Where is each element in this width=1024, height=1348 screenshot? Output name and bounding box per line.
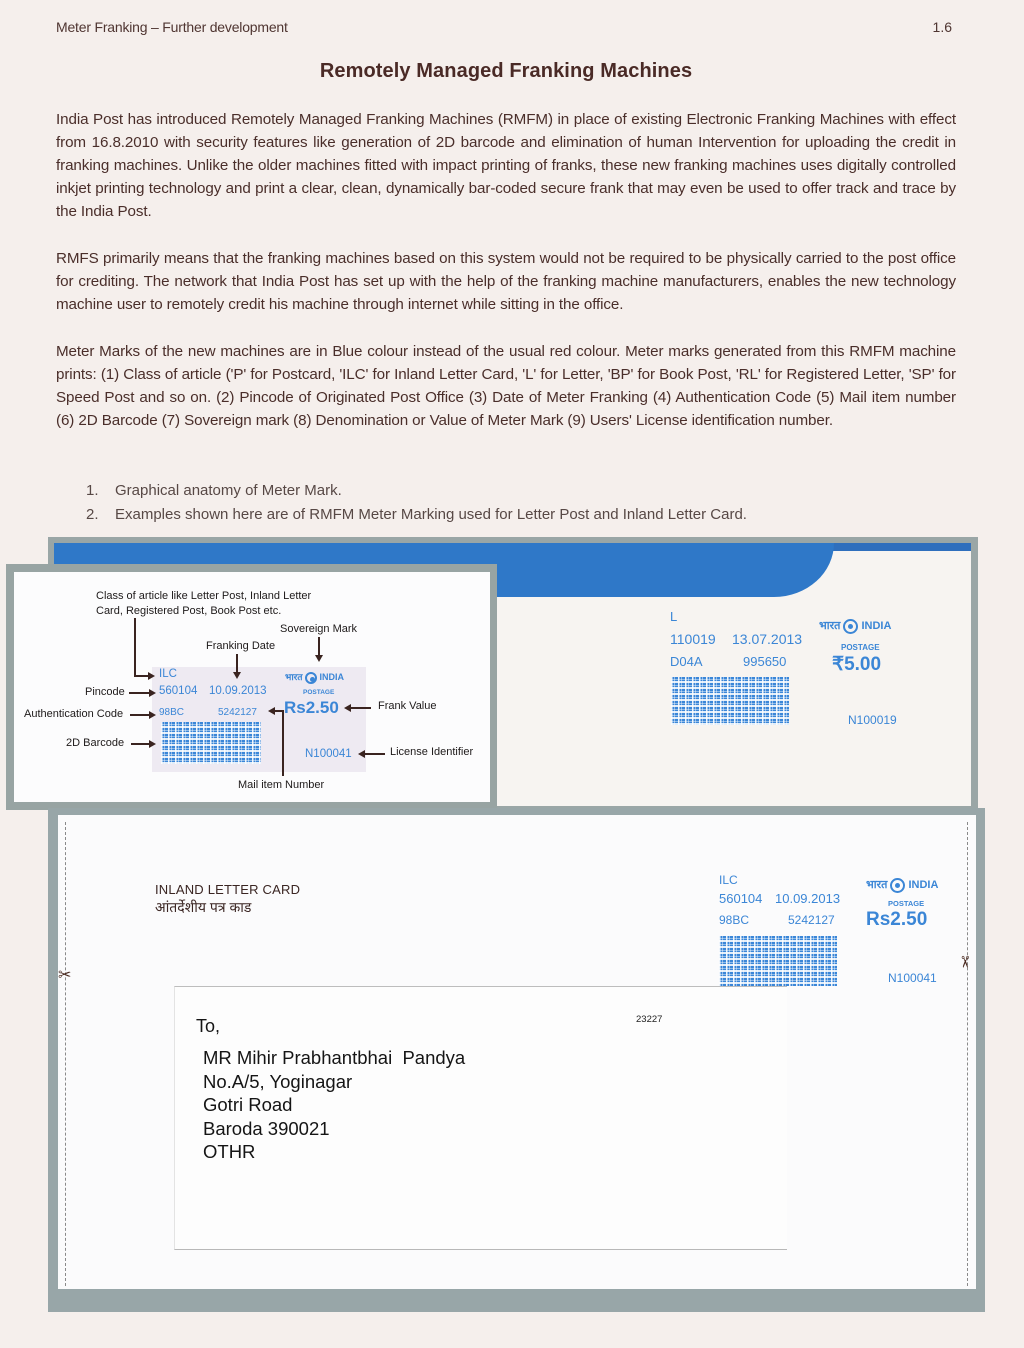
mark-postage: POSTAGE bbox=[841, 643, 880, 652]
mark-license: N100019 bbox=[848, 713, 897, 727]
anatomy-auth-code: 98BC bbox=[159, 707, 184, 718]
mark-date: 13.07.2013 bbox=[732, 631, 802, 647]
mark-mail-item: 995650 bbox=[743, 654, 786, 669]
recipient-address: MR Mihir Prabhantbhai Pandya No.A/5, Yog… bbox=[203, 1046, 465, 1164]
reference-number: 23227 bbox=[636, 1014, 662, 1025]
ilc-mark-class: ILC bbox=[719, 873, 738, 887]
arrow-head-icon bbox=[344, 704, 351, 712]
arrow-line bbox=[134, 618, 136, 675]
arrow-head-icon bbox=[268, 707, 275, 715]
arrow-line bbox=[282, 710, 284, 776]
address-line: MR Mihir Prabhantbhai Pandya bbox=[203, 1046, 465, 1070]
arrow-head-icon bbox=[148, 672, 155, 680]
anatomy-class: ILC bbox=[159, 668, 177, 680]
mark-pincode: 110019 bbox=[670, 631, 716, 647]
label-license-identifier: License Identifier bbox=[390, 746, 473, 758]
arrow-head-icon bbox=[358, 750, 365, 758]
scissors-icon: ✂ bbox=[58, 965, 71, 985]
anatomy-mail-item: 5242127 bbox=[218, 707, 257, 718]
ashoka-emblem-icon bbox=[843, 619, 858, 634]
arrow-line bbox=[131, 743, 149, 745]
page-number: 1.6 bbox=[933, 19, 952, 35]
anatomy-pincode: 560104 bbox=[159, 685, 197, 697]
barcode-2d bbox=[671, 677, 789, 725]
page-title: Remotely Managed Franking Machines bbox=[0, 60, 1012, 83]
anatomy-license: N100041 bbox=[305, 748, 352, 760]
arrow-line bbox=[129, 692, 149, 694]
anatomy-barcode-2d bbox=[161, 722, 261, 764]
ilc-mark-postage: POSTAGE bbox=[888, 899, 924, 908]
ilc-barcode-2d bbox=[719, 936, 837, 986]
ashoka-emblem-icon bbox=[305, 672, 317, 684]
arrow-head-icon bbox=[149, 711, 156, 719]
arrow-head-icon bbox=[315, 655, 323, 662]
anatomy-sovereign-mark: भारत INDIA bbox=[285, 670, 344, 684]
label-mail-item-number: Mail item Number bbox=[238, 779, 324, 791]
paragraph-intro: India Post has introduced Remotely Manag… bbox=[56, 108, 956, 223]
ilc-mark-date: 10.09.2013 bbox=[775, 891, 840, 906]
ilc-mark-value: Rs2.50 bbox=[866, 909, 927, 931]
ilc-mark-pincode: 560104 bbox=[719, 891, 762, 906]
label-franking-date: Franking Date bbox=[206, 640, 275, 652]
ilc-title-hindi: आंतर्देशीय पत्र काड bbox=[155, 898, 251, 917]
to-label: To, bbox=[196, 1016, 220, 1037]
label-authentication-code: Authentication Code bbox=[24, 708, 123, 720]
arrow-line bbox=[236, 654, 238, 672]
paragraph-rmfs: RMFS primarily means that the franking m… bbox=[56, 247, 956, 316]
mark-value: ₹5.00 bbox=[832, 653, 881, 676]
ashoka-emblem-icon bbox=[890, 878, 905, 893]
anatomy-date: 10.09.2013 bbox=[209, 685, 267, 697]
mark-class: L bbox=[670, 609, 677, 624]
mark-auth-code: D04A bbox=[670, 654, 703, 669]
scissors-icon: ✂ bbox=[955, 955, 975, 968]
arrow-head-icon bbox=[149, 689, 156, 697]
label-sovereign-mark: Sovereign Mark bbox=[280, 623, 357, 635]
arrow-line bbox=[130, 714, 149, 716]
anatomy-value: Rs2.50 bbox=[284, 698, 339, 718]
arrow-line bbox=[365, 753, 385, 755]
running-head: Meter Franking – Further development bbox=[56, 19, 288, 35]
label-pincode: Pincode bbox=[85, 686, 125, 698]
sovereign-mark: भारत INDIA bbox=[819, 618, 891, 634]
ilc-mark-license: N100041 bbox=[888, 971, 937, 985]
label-2d-barcode: 2D Barcode bbox=[66, 737, 124, 749]
arrow-line bbox=[134, 675, 148, 677]
ilc-title-english: INLAND LETTER CARD bbox=[155, 882, 300, 897]
address-line: No.A/5, Yoginagar bbox=[203, 1070, 465, 1094]
notes-list: 1.Graphical anatomy of Meter Mark. 2.Exa… bbox=[86, 479, 747, 527]
note-item: 1.Graphical anatomy of Meter Mark. bbox=[86, 479, 747, 503]
arrow-line bbox=[318, 637, 320, 655]
ilc-mark-mail-item: 5242127 bbox=[788, 913, 835, 927]
label-frank-value: Frank Value bbox=[378, 700, 437, 712]
perforation-line-left bbox=[65, 822, 66, 1286]
address-line: Gotri Road bbox=[203, 1093, 465, 1117]
ilc-mark-auth-code: 98BC bbox=[719, 913, 749, 927]
arrow-line bbox=[351, 707, 371, 709]
perforation-line-right bbox=[967, 822, 968, 1286]
arrow-head-icon bbox=[149, 740, 156, 748]
address-line: Baroda 390021 bbox=[203, 1117, 465, 1141]
paragraph-meter-marks: Meter Marks of the new machines are in B… bbox=[56, 340, 956, 432]
anatomy-postage: POSTAGE bbox=[303, 689, 334, 696]
note-item: 2.Examples shown here are of RMFM Meter … bbox=[86, 503, 747, 527]
address-line: OTHR bbox=[203, 1140, 465, 1164]
ilc-sovereign-mark: भारत INDIA bbox=[866, 877, 938, 893]
label-class-of-article: Class of article like Letter Post, Inlan… bbox=[96, 590, 311, 617]
arrow-head-icon bbox=[233, 672, 241, 679]
